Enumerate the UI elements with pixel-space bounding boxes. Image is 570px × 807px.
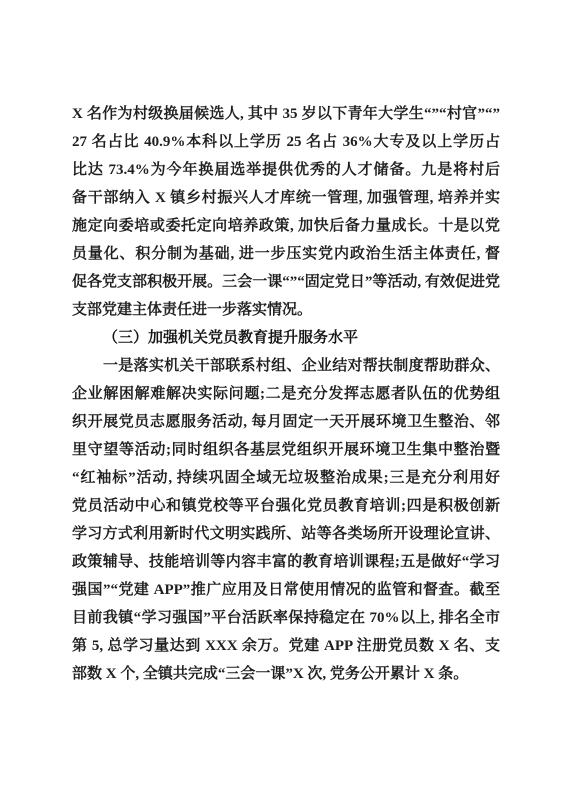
text-line: 一是落实机关干部联系村组、企业结对帮扶制度帮助群众、	[72, 352, 500, 380]
section-heading: （三）加强机关党员教育提升服务水平	[72, 324, 500, 352]
text-line: 支部党建主体责任进一步落实情况。	[72, 296, 500, 324]
text-line: “红袖标”活动, 持续巩固全域无垃圾整治成果;三是充分利用好	[72, 464, 500, 492]
text-line: 施定向委培或委托定向培养政策, 加快后备力量成长。十是以党	[72, 212, 500, 240]
text-line: 学习方式利用新时代文明实践所、站等各类场所开设理论宣讲、	[72, 520, 500, 548]
text-line: 企业解困解难解决实际问题;二是充分发挥志愿者队伍的优势组	[72, 380, 500, 408]
text-line: 比达 73.4%为今年换届选举提供优秀的人才储备。九是将村后	[72, 156, 500, 184]
text-line: 员量化、积分制为基础, 进一步压实党内政治生活主体责任, 督	[72, 240, 500, 268]
text-line: 备干部纳入 X 镇乡村振兴人才库统一管理, 加强管理, 培养并实	[72, 184, 500, 212]
text-line: X 名作为村级换届候选人, 其中 35 岁以下青年大学生“”“村官”“”	[72, 100, 500, 128]
text-line: 党员活动中心和镇党校等平台强化党员教育培训;四是积极创新	[72, 492, 500, 520]
text-line: 里守望等活动;同时组织各基层党组织开展环境卫生集中整治暨	[72, 436, 500, 464]
document-text-block: X 名作为村级换届候选人, 其中 35 岁以下青年大学生“”“村官”“”27 名…	[72, 100, 500, 688]
text-line: 强国”“党建 APP”推广应用及日常使用情况的监管和督查。截至	[72, 576, 500, 604]
text-line: 政策辅导、技能培训等内容丰富的教育培训课程;五是做好“学习	[72, 548, 500, 576]
document-page: X 名作为村级换届候选人, 其中 35 岁以下青年大学生“”“村官”“”27 名…	[0, 0, 570, 807]
text-line: 27 名占比 40.9%本科以上学历 25 名占 36%大专及以上学历占	[72, 128, 500, 156]
text-line: 部数 X 个, 全镇共完成“三会一课”X 次, 党务公开累计 X 条。	[72, 660, 500, 688]
text-line: 目前我镇“学习强国”平台活跃率保持稳定在 70%以上, 排名全市	[72, 604, 500, 632]
text-line: 第 5, 总学习量达到 XXX 余万。党建 APP 注册党员数 X 名、支	[72, 632, 500, 660]
text-line: 织开展党员志愿服务活动, 每月固定一天开展环境卫生整治、邻	[72, 408, 500, 436]
text-line: 促各党支部积极开展。三会一课“”“固定党日”等活动, 有效促进党	[72, 268, 500, 296]
